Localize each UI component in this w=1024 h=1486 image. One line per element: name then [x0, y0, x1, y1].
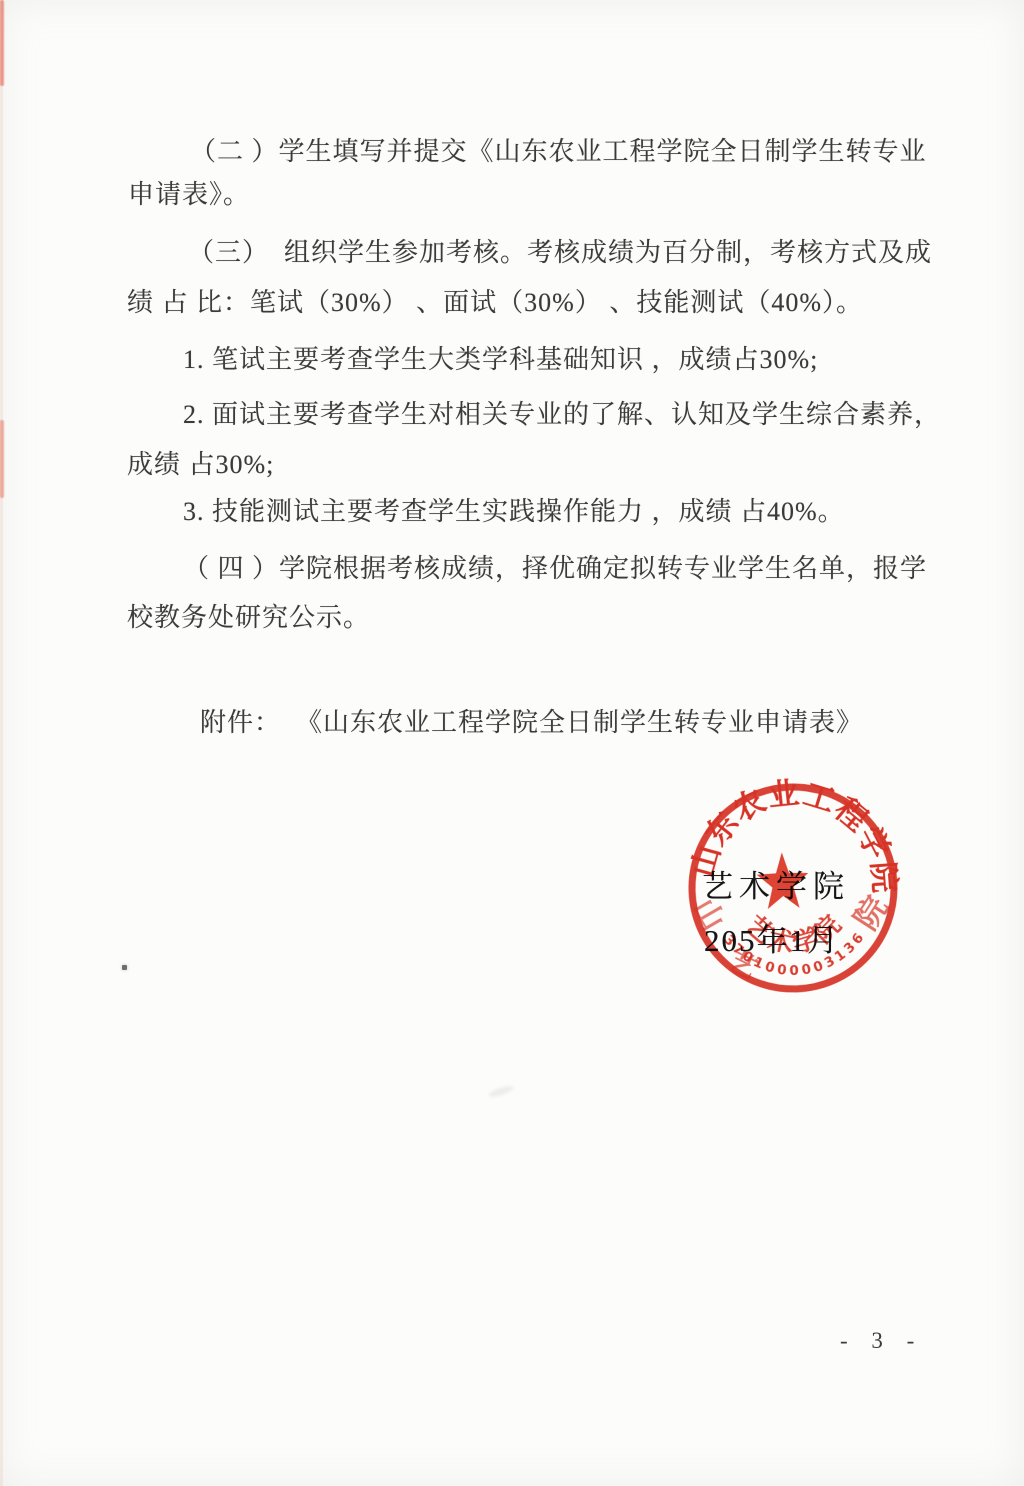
page-number: - 3 -	[840, 1328, 923, 1354]
attachment-line: 附件： 《山东农业工程学院全日制学生转专业申请表》	[200, 702, 863, 739]
paragraph-line: （二 ）学生填写并提交《山东农业工程学院全日制学生转专业	[190, 131, 927, 168]
scan-smudge	[488, 1084, 515, 1099]
paragraph-line: 绩 占 比：笔试（30%） 、面试（30%） 、技能测试（40%）。	[127, 282, 863, 319]
document-page: （二 ）学生填写并提交《山东农业工程学院全日制学生转专业 申请表》。 （三） 组…	[0, 0, 1024, 1486]
official-seal: 山东农业工程学院 艺术学院 3701000003136 院 山 艺	[653, 748, 932, 1027]
paragraph-line: 成绩 占30%;	[127, 444, 274, 481]
paragraph-line: （ 四 ）学院根据考核成绩，择优确定拟转专业学生名单，报学	[183, 548, 927, 585]
paragraph-line: （三） 组织学生参加考核。考核成绩为百分制，考核方式及成	[188, 232, 932, 269]
paragraph-line: 2. 面试主要考查学生对相关专业的了解、认知及学生综合素养，	[183, 394, 941, 431]
ink-speck	[122, 965, 127, 970]
paragraph-line: 申请表》。	[128, 174, 250, 211]
paragraph-line: 校教务处研究公示。	[127, 597, 370, 634]
scan-red-mark-top	[0, 0, 4, 86]
paragraph-line: 3. 技能测试主要考查学生实践操作能力 ，成绩 占40%。	[183, 491, 845, 528]
scan-edge-tint	[0, 0, 3, 1486]
star-icon	[756, 851, 809, 909]
paragraph-line: 1. 笔试主要考查学生大类学科基础知识 ，成绩占30%;	[183, 339, 818, 376]
scan-red-mark-middle	[0, 420, 4, 498]
